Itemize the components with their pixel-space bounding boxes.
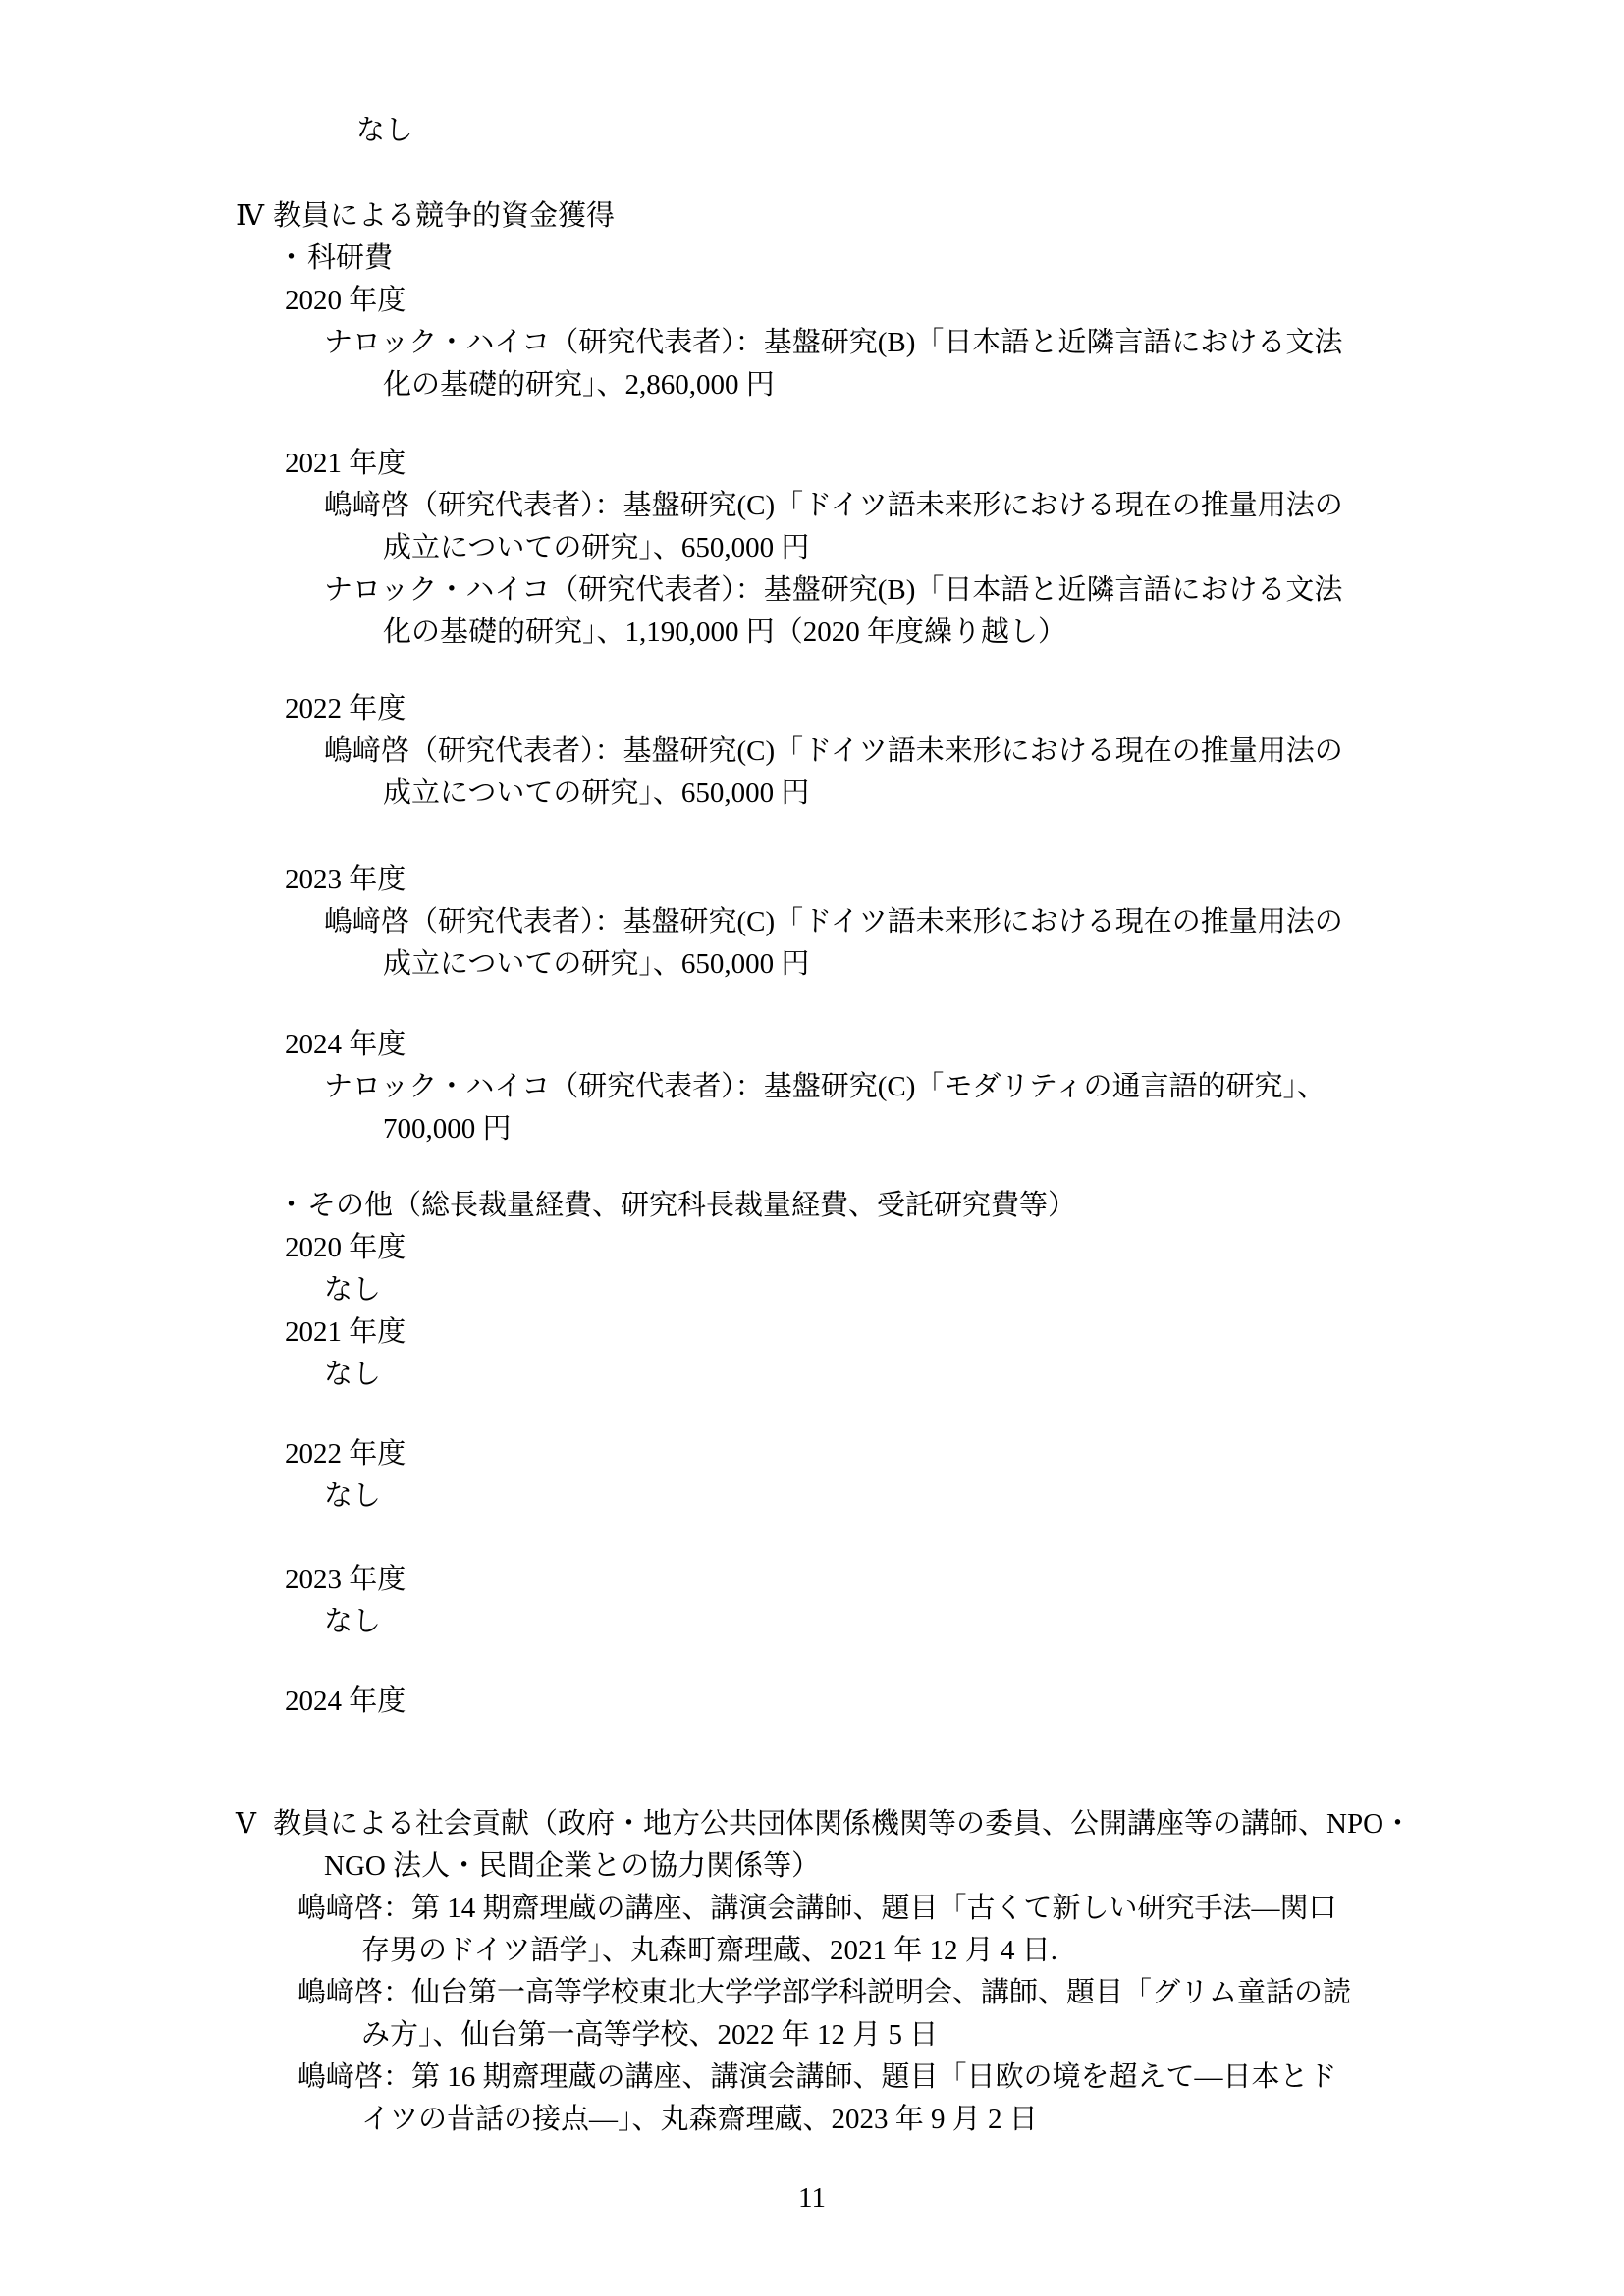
contribution-entry-continuation: イツの昔話の接点―」、丸森齋理蔵、2023 年 9 月 2 日 [0,2099,1624,2141]
spacer [0,1723,1624,1803]
grant-entry-line: 嶋﨑啓（研究代表者）：基盤研究(C)「ドイツ語未来形における現在の推量用法の [0,485,1624,527]
contribution-entry-line: 嶋﨑啓：第 14 期齋理蔵の講座、講演会講師、題目「古くて新しい研究手法―関口 [0,1888,1624,1930]
grant-entry-continuation: 化の基礎的研究」、2,860,000 円 [0,364,1624,406]
kakenhi-bullet-line: ・科研費 [0,238,1624,280]
none-label: なし [0,1269,1624,1311]
spacer [0,406,1624,443]
fiscal-year-label: 2020 年度 [0,280,1624,322]
other-funds-bullet-line: ・その他（総長裁量経費、研究科長裁量経費、受託研究費等） [0,1185,1624,1227]
contribution-entry-continuation: 存男のドイツ語学」、丸森町齋理蔵、2021 年 12 月 4 日. [0,1930,1624,1972]
fiscal-year-label: 2021 年度 [0,1311,1624,1354]
none-label: なし [0,110,1624,152]
contribution-entry-line: 嶋﨑啓：第 16 期齋理蔵の講座、講演会講師、題目「日欧の境を超えて―日本とド [0,2056,1624,2099]
spacer [0,1396,1624,1433]
none-label: なし [0,1601,1624,1643]
bullet-icon: ・ [277,238,307,280]
section-v-title-continuation: NGO 法人・民間企業との協力関係等） [0,1845,1624,1888]
section-iv-numeral: Ⅳ [236,195,273,238]
fiscal-year-label: 2020 年度 [0,1227,1624,1269]
none-label: なし [0,1354,1624,1396]
bullet-icon: ・ [277,1185,307,1227]
spacer [0,1150,1624,1185]
section-v-heading: Ⅴ教員による社会貢献（政府・地方公共団体関係機関等の委員、公開講座等の講師、NP… [0,1803,1624,1845]
spacer [0,152,1624,195]
fiscal-year-label: 2023 年度 [0,859,1624,901]
fiscal-year-label: 2022 年度 [0,688,1624,730]
fiscal-year-label: 2024 年度 [0,1024,1624,1066]
spacer [0,1518,1624,1559]
grant-entry-line: 嶋﨑啓（研究代表者）：基盤研究(C)「ドイツ語未来形における現在の推量用法の [0,730,1624,773]
fiscal-year-label: 2024 年度 [0,1681,1624,1723]
section-iv-heading: Ⅳ教員による競争的資金獲得 [0,195,1624,238]
spacer [0,2141,1624,2177]
grant-entry-line: ナロック・ハイコ（研究代表者）：基盤研究(C)「モダリティの通言語的研究」、 [0,1066,1624,1108]
grant-entry-continuation: 成立についての研究」、650,000 円 [0,527,1624,569]
fiscal-year-label: 2021 年度 [0,443,1624,485]
grant-entry-continuation: 成立についての研究」、650,000 円 [0,943,1624,986]
page-number: 11 [0,2177,1624,2219]
document-page: なし Ⅳ教員による競争的資金獲得 ・科研費 2020 年度 ナロック・ハイコ（研… [0,0,1624,2296]
grant-entry-continuation: 化の基礎的研究」、1,190,000 円（2020 年度繰り越し） [0,612,1624,654]
section-v-title: 教員による社会貢献（政府・地方公共団体関係機関等の委員、公開講座等の講師、NPO… [273,1808,1412,1840]
spacer [0,1643,1624,1681]
spacer [0,815,1624,859]
fiscal-year-label: 2023 年度 [0,1559,1624,1601]
spacer [0,654,1624,688]
none-label: なし [0,1475,1624,1518]
spacer [0,986,1624,1024]
section-iv-title: 教員による競争的資金獲得 [273,200,615,232]
contribution-entry-continuation: み方」、仙台第一高等学校、2022 年 12 月 5 日 [0,2014,1624,2056]
fiscal-year-label: 2022 年度 [0,1433,1624,1475]
grant-entry-continuation: 成立についての研究」、650,000 円 [0,773,1624,815]
grant-entry-line: 嶋﨑啓（研究代表者）：基盤研究(C)「ドイツ語未来形における現在の推量用法の [0,901,1624,943]
grant-entry-line: ナロック・ハイコ（研究代表者）：基盤研究(B)「日本語と近隣言語における文法 [0,322,1624,364]
kakenhi-label: 科研費 [307,242,393,274]
grant-entry-continuation: 700,000 円 [0,1108,1624,1150]
section-v-numeral: Ⅴ [236,1803,273,1845]
contribution-entry-line: 嶋﨑啓：仙台第一高等学校東北大学学部学科説明会、講師、題目「グリム童話の読 [0,1972,1624,2014]
grant-entry-line: ナロック・ハイコ（研究代表者）：基盤研究(B)「日本語と近隣言語における文法 [0,569,1624,612]
other-funds-label: その他（総長裁量経費、研究科長裁量経費、受託研究費等） [307,1190,1076,1221]
